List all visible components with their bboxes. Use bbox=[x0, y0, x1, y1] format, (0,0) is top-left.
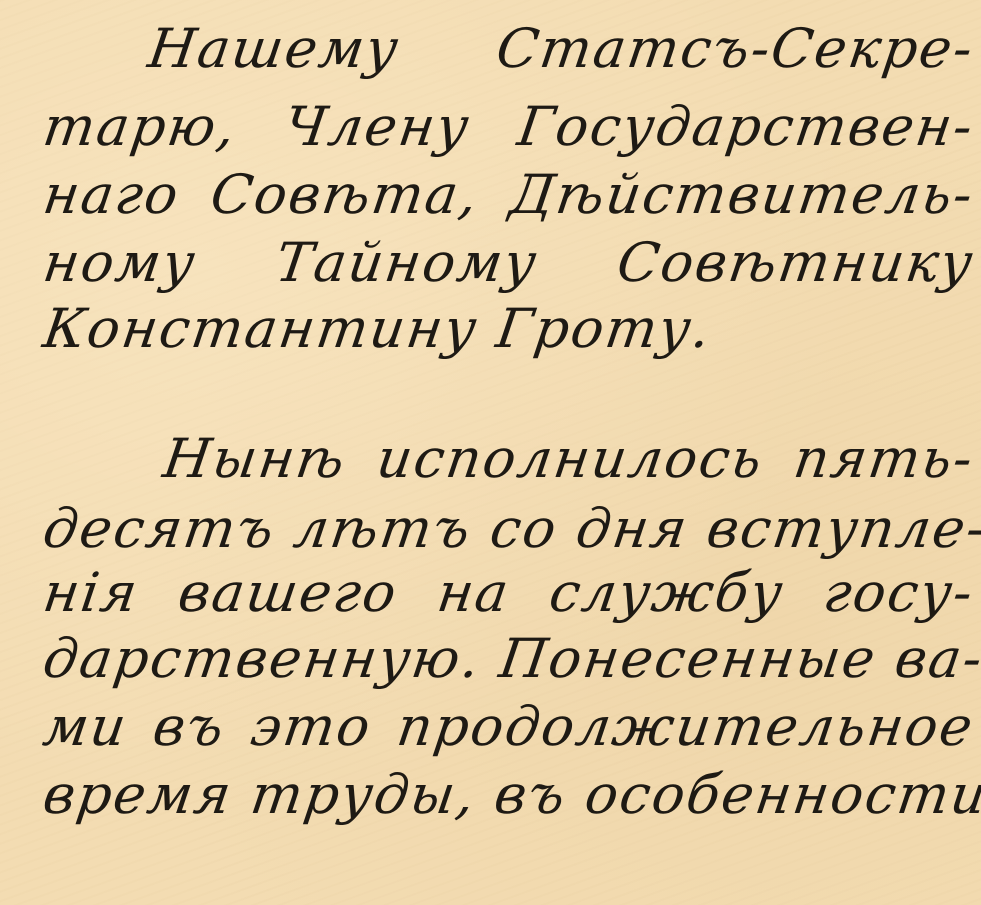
handwritten-letter-page: Нашему Статсъ-Секре- тарю, Члену Государ… bbox=[0, 0, 981, 905]
text-line: Нынѣ исполнилось пять- bbox=[160, 432, 978, 486]
text-line: время труды, въ особенности bbox=[40, 768, 978, 822]
text-line: нія вашего на службу госу- bbox=[40, 566, 978, 620]
text-line: наго Совѣта, Дѣйствитель- bbox=[40, 168, 978, 222]
text-line: Нашему Статсъ-Секре- bbox=[145, 22, 978, 76]
text-line: Константину Гроту. bbox=[40, 302, 981, 356]
text-line: ми въ это продолжительное bbox=[40, 700, 978, 754]
text-line: десятъ лѣтъ со дня вступле- bbox=[40, 502, 978, 556]
text-line: тарю, Члену Государствен- bbox=[40, 100, 978, 154]
text-line: ному Тайному Совѣтнику bbox=[40, 236, 978, 290]
text-line: дарственную. Понесенные ва- bbox=[40, 632, 978, 686]
